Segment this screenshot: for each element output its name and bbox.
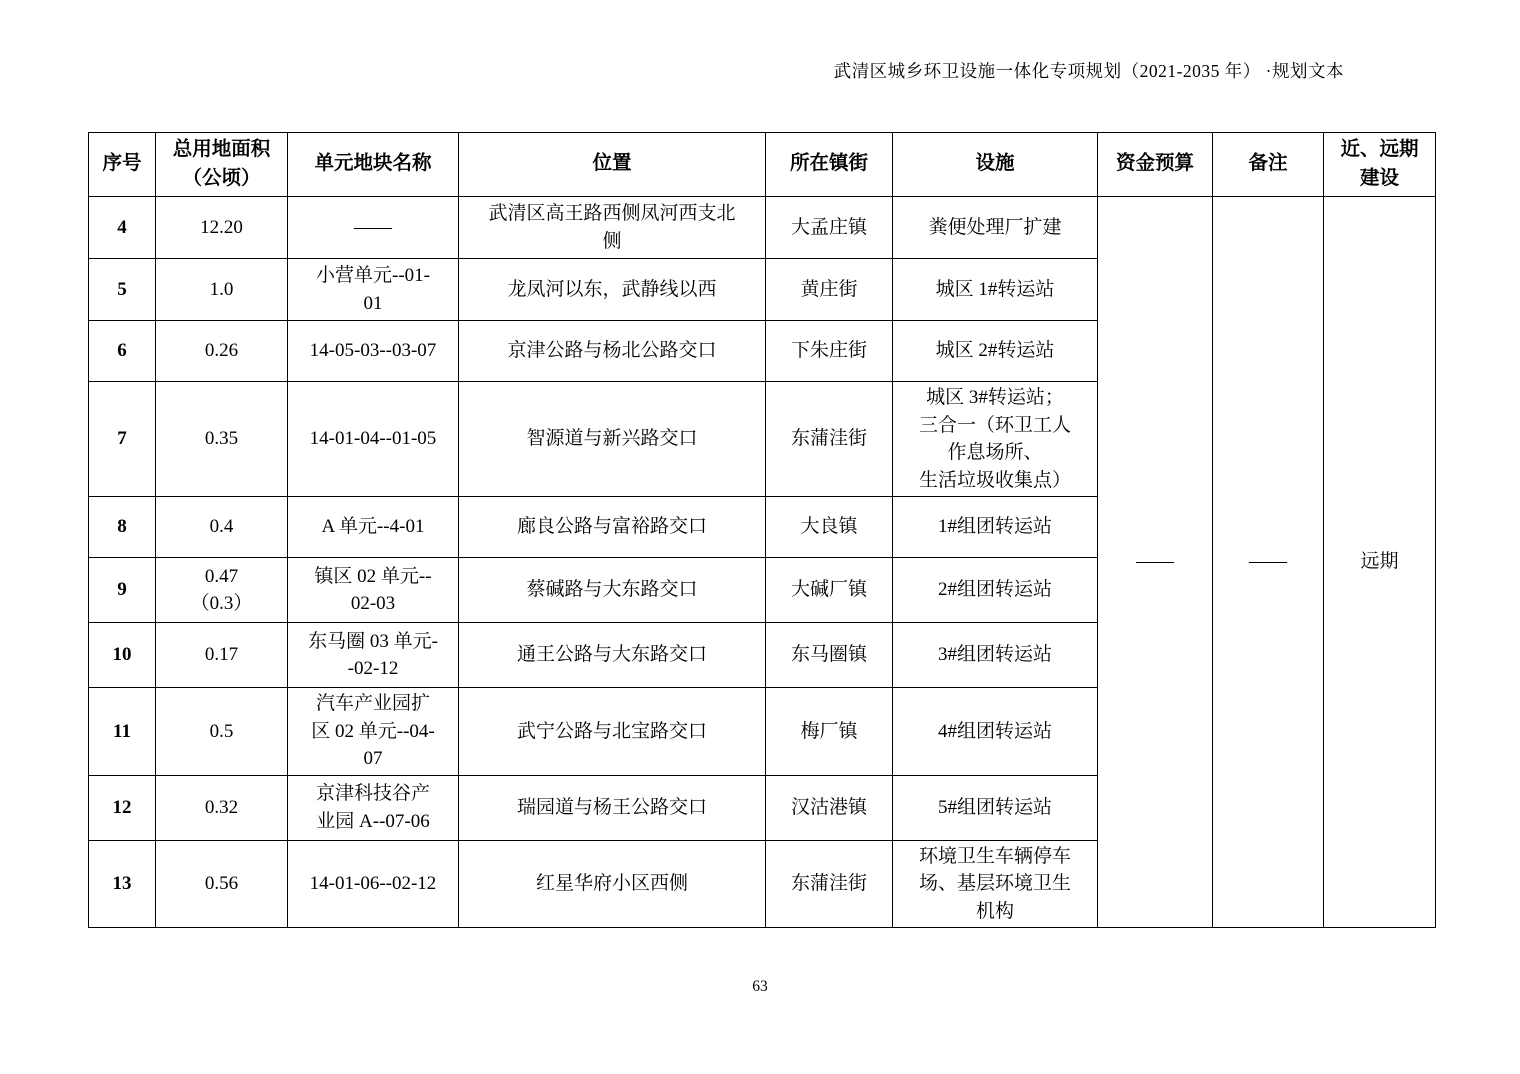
- header-serial: 序号: [89, 133, 156, 197]
- cell-facility: 2#组团转运站: [893, 558, 1098, 623]
- cell-facility: 粪便处理厂扩建: [893, 197, 1098, 259]
- cell-serial: 11: [89, 688, 156, 776]
- header-town: 所在镇街: [766, 133, 893, 197]
- cell-town: 梅厂镇: [766, 688, 893, 776]
- document-header-title: 武清区城乡环卫设施一体化专项规划（2021-2035 年） ·规划文本: [834, 58, 1344, 83]
- cell-area: 0.17: [156, 623, 288, 688]
- cell-town: 下朱庄街: [766, 321, 893, 382]
- cell-unit-name: 14-01-06--02-12: [288, 840, 459, 928]
- header-phase: 近、远期 建设: [1324, 133, 1436, 197]
- cell-area: 0.26: [156, 321, 288, 382]
- table-row: 4 12.20 —— 武清区高王路西侧凤河西支北 侧 大孟庄镇 粪便处理厂扩建 …: [89, 197, 1436, 259]
- cell-facility: 1#组团转运站: [893, 497, 1098, 558]
- cell-town: 汉沽港镇: [766, 775, 893, 840]
- cell-serial: 9: [89, 558, 156, 623]
- facilities-plan-table: 序号 总用地面积 （公顷） 单元地块名称 位置 所在镇街 设施 资金预算 备注 …: [88, 132, 1436, 928]
- cell-town: 大碱厂镇: [766, 558, 893, 623]
- cell-town: 东蒲洼街: [766, 840, 893, 928]
- cell-unit-name: 小营单元--01- 01: [288, 259, 459, 321]
- cell-serial: 8: [89, 497, 156, 558]
- cell-area: 0.47 （0.3）: [156, 558, 288, 623]
- cell-facility: 4#组团转运站: [893, 688, 1098, 776]
- cell-facility: 城区 3#转运站； 三合一（环卫工人 作息场所、 生活垃圾收集点）: [893, 382, 1098, 497]
- cell-facility: 5#组团转运站: [893, 775, 1098, 840]
- cell-remark-merged: ——: [1213, 197, 1324, 928]
- cell-unit-name: 14-01-04--01-05: [288, 382, 459, 497]
- cell-budget-merged: ——: [1098, 197, 1213, 928]
- cell-serial: 6: [89, 321, 156, 382]
- page-number: 63: [0, 978, 1520, 996]
- header-facility: 设施: [893, 133, 1098, 197]
- cell-location: 廊良公路与富裕路交口: [459, 497, 766, 558]
- cell-area: 0.4: [156, 497, 288, 558]
- cell-town: 东马圈镇: [766, 623, 893, 688]
- cell-area: 1.0: [156, 259, 288, 321]
- cell-unit-name: 14-05-03--03-07: [288, 321, 459, 382]
- cell-location: 智源道与新兴路交口: [459, 382, 766, 497]
- cell-facility: 城区 1#转运站: [893, 259, 1098, 321]
- cell-town: 大孟庄镇: [766, 197, 893, 259]
- cell-facility: 3#组团转运站: [893, 623, 1098, 688]
- cell-town: 黄庄街: [766, 259, 893, 321]
- cell-location: 红星华府小区西侧: [459, 840, 766, 928]
- cell-location: 京津公路与杨北公路交口: [459, 321, 766, 382]
- cell-town: 大良镇: [766, 497, 893, 558]
- header-land-area: 总用地面积 （公顷）: [156, 133, 288, 197]
- cell-serial: 10: [89, 623, 156, 688]
- cell-location: 蔡碱路与大东路交口: [459, 558, 766, 623]
- cell-serial: 7: [89, 382, 156, 497]
- cell-serial: 13: [89, 840, 156, 928]
- cell-serial: 4: [89, 197, 156, 259]
- cell-serial: 5: [89, 259, 156, 321]
- table-header-row: 序号 总用地面积 （公顷） 单元地块名称 位置 所在镇街 设施 资金预算 备注 …: [89, 133, 1436, 197]
- header-unit-name: 单元地块名称: [288, 133, 459, 197]
- cell-area: 0.35: [156, 382, 288, 497]
- cell-location: 通王公路与大东路交口: [459, 623, 766, 688]
- cell-unit-name: 镇区 02 单元-- 02-03: [288, 558, 459, 623]
- cell-serial: 12: [89, 775, 156, 840]
- cell-area: 0.5: [156, 688, 288, 776]
- cell-unit-name: ——: [288, 197, 459, 259]
- cell-unit-name: 汽车产业园扩 区 02 单元--04- 07: [288, 688, 459, 776]
- cell-location: 武清区高王路西侧凤河西支北 侧: [459, 197, 766, 259]
- cell-unit-name: A 单元--4-01: [288, 497, 459, 558]
- cell-location: 瑞园道与杨王公路交口: [459, 775, 766, 840]
- cell-area: 0.56: [156, 840, 288, 928]
- cell-facility: 城区 2#转运站: [893, 321, 1098, 382]
- cell-unit-name: 京津科技谷产 业园 A--07-06: [288, 775, 459, 840]
- cell-phase-merged: 远期: [1324, 197, 1436, 928]
- cell-area: 12.20: [156, 197, 288, 259]
- cell-unit-name: 东马圈 03 单元- -02-12: [288, 623, 459, 688]
- header-location: 位置: [459, 133, 766, 197]
- cell-town: 东蒲洼街: [766, 382, 893, 497]
- header-remark: 备注: [1213, 133, 1324, 197]
- cell-location: 龙凤河以东，武静线以西: [459, 259, 766, 321]
- cell-facility: 环境卫生车辆停车 场、基层环境卫生 机构: [893, 840, 1098, 928]
- header-budget: 资金预算: [1098, 133, 1213, 197]
- cell-area: 0.32: [156, 775, 288, 840]
- cell-location: 武宁公路与北宝路交口: [459, 688, 766, 776]
